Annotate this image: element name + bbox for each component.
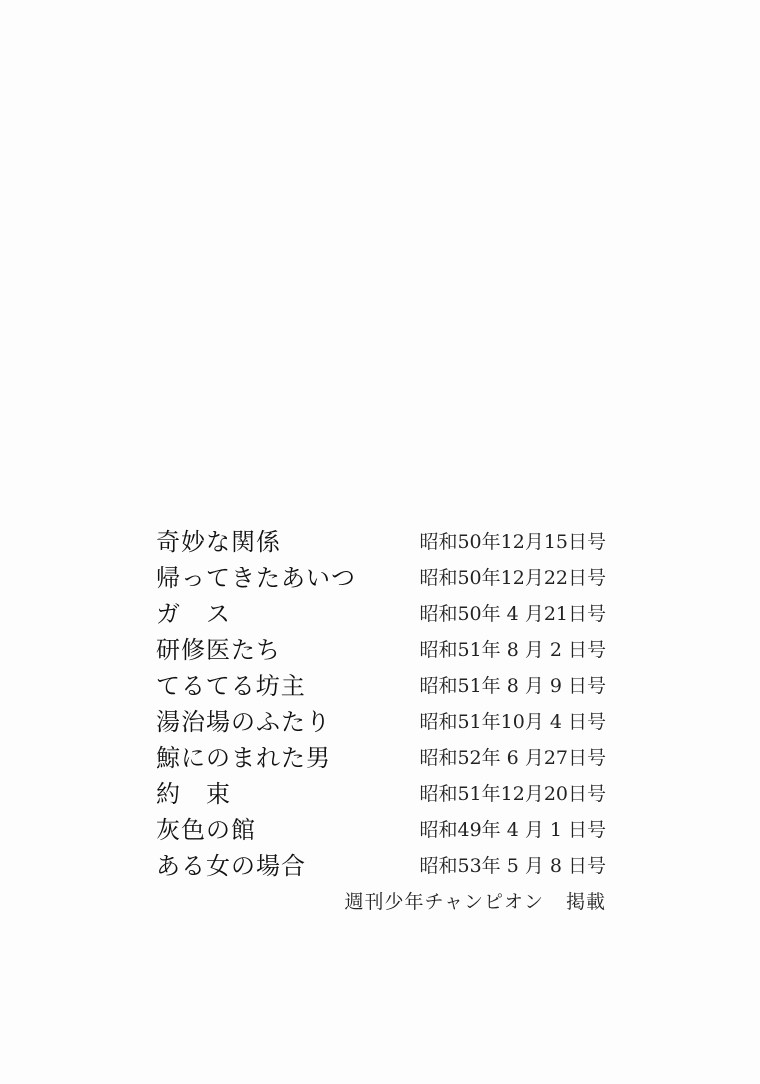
publication-date: 昭和51年 8 月 9 日号 xyxy=(419,668,606,704)
story-title: 帰ってきたあいつ xyxy=(156,560,356,596)
publication-date: 昭和50年 4 月21日号 xyxy=(419,596,606,632)
list-item: ある女の場合 昭和53年 5 月 8 日号 xyxy=(156,848,606,884)
magazine-name: 週刊少年チャンピオン xyxy=(345,891,544,913)
book-page: 奇妙な関係 昭和50年12月15日号 帰ってきたあいつ 昭和50年12月22日号… xyxy=(0,0,760,1084)
list-item: 約 束 昭和51年12月20日号 xyxy=(156,776,606,812)
story-title: 灰色の館 xyxy=(156,812,256,848)
story-title: 奇妙な関係 xyxy=(156,524,281,560)
publication-credit: 週刊少年チャンピオン掲載 xyxy=(156,884,606,920)
list-item: 研修医たち 昭和51年 8 月 2 日号 xyxy=(156,632,606,668)
list-item: てるてる坊主 昭和51年 8 月 9 日号 xyxy=(156,668,606,704)
publication-date: 昭和52年 6 月27日号 xyxy=(419,740,606,776)
publication-date: 昭和50年12月15日号 xyxy=(419,524,606,560)
publication-date: 昭和51年 8 月 2 日号 xyxy=(419,632,606,668)
publication-date: 昭和51年10月 4 日号 xyxy=(419,704,606,740)
publication-date: 昭和53年 5 月 8 日号 xyxy=(419,848,606,884)
list-item: 湯治場のふたり 昭和51年10月 4 日号 xyxy=(156,704,606,740)
publication-list: 奇妙な関係 昭和50年12月15日号 帰ってきたあいつ 昭和50年12月22日号… xyxy=(156,524,606,920)
list-item: 帰ってきたあいつ 昭和50年12月22日号 xyxy=(156,560,606,596)
publication-date: 昭和49年 4 月 1 日号 xyxy=(419,812,606,848)
credit-line: 週刊少年チャンピオン掲載 xyxy=(345,884,606,920)
story-title: 湯治場のふたり xyxy=(156,704,331,740)
list-item: 奇妙な関係 昭和50年12月15日号 xyxy=(156,524,606,560)
story-title: ガ ス xyxy=(156,596,231,632)
story-title: 鯨にのまれた男 xyxy=(156,740,331,776)
story-title: 約 束 xyxy=(156,776,231,812)
list-item: 灰色の館 昭和49年 4 月 1 日号 xyxy=(156,812,606,848)
publication-date: 昭和51年12月20日号 xyxy=(419,776,606,812)
story-title: 研修医たち xyxy=(156,632,281,668)
credit-label: 掲載 xyxy=(566,891,606,913)
story-title: てるてる坊主 xyxy=(156,668,306,704)
list-item: ガ ス 昭和50年 4 月21日号 xyxy=(156,596,606,632)
story-title: ある女の場合 xyxy=(156,848,306,884)
list-item: 鯨にのまれた男 昭和52年 6 月27日号 xyxy=(156,740,606,776)
publication-date: 昭和50年12月22日号 xyxy=(419,560,606,596)
